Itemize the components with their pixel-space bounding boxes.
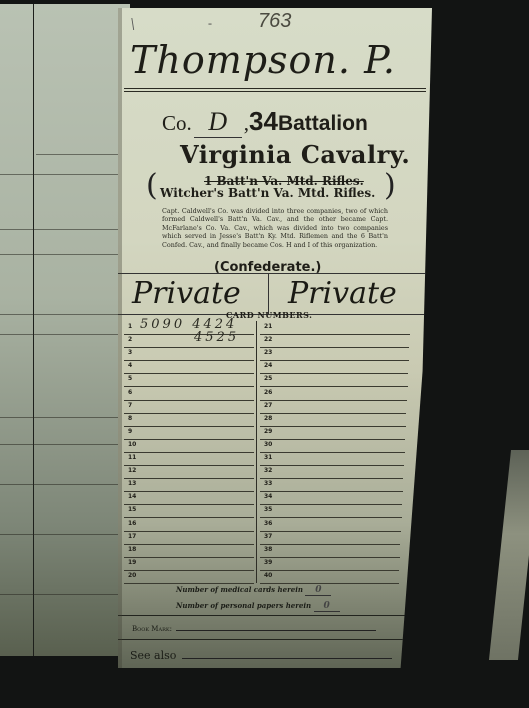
table-row: 10 [124,439,254,453]
row-number: 17 [128,533,136,540]
row-number: 22 [264,336,272,343]
row-number: 34 [264,493,272,500]
row-number: 21 [264,323,272,330]
book-mark-blank [176,630,376,631]
table-row: 39 [260,557,399,571]
organization-note: Capt. Caldwell's Co. was divided into th… [162,207,388,249]
table-row: 40 [260,570,399,584]
table-row: 5 [124,373,254,387]
row-number: 33 [264,480,272,487]
table-row: 31 [260,452,404,466]
margin-rule [33,4,34,656]
row-number: 23 [264,349,272,356]
book-mark-line: Book Mark: [132,625,376,633]
row-number: 1 [128,323,132,330]
service-record-card: \ - 763 Thompson. P. Co.D,34Battalion Vi… [118,8,432,668]
table-row: 24525 [124,334,254,348]
table-row: 23 [260,347,409,361]
table-row: 21 [260,321,410,335]
table-row: 34 [260,491,402,505]
table-row: 17 [124,531,254,545]
personal-papers-label: Number of personal papers herein [176,601,311,610]
rank-in: Private [132,276,241,311]
background-card-left [0,4,130,656]
column-divider [256,321,257,583]
background-card-right [489,450,529,660]
row-number: 26 [264,389,272,396]
table-row: 33 [260,478,403,492]
table-row: 35 [260,504,402,518]
record-number: 763 [258,10,291,33]
medical-cards-line: Number of medical cards herein 0 [176,585,331,596]
row-number: 30 [264,441,272,448]
rule [0,229,130,230]
row-number: 11 [128,454,136,461]
table-row: 37 [260,531,400,545]
alt-unit-2: Witcher's Batt'n Va. Mtd. Rifles. [160,186,375,200]
row-number: 7 [128,402,132,409]
table-row: 11 [124,452,254,466]
rule [0,417,130,418]
rule [0,314,130,315]
unit-type: Battalion [278,112,368,135]
row-number: 8 [128,415,132,422]
row-number: 15 [128,506,136,513]
rank-out: Private [288,276,397,311]
name-rule [124,88,426,92]
table-row: 27 [260,400,406,414]
row-number: 3 [128,349,132,356]
row-number: 12 [128,467,136,474]
table-row: 24 [260,360,408,374]
row-number: 31 [264,454,272,461]
row-number: 36 [264,520,272,527]
table-row: 32 [260,465,403,479]
table-row: 14 [124,491,254,505]
dash-mark: - [208,16,212,31]
rule [0,534,130,535]
soldier-name: Thompson. P. [130,38,396,82]
rule [0,254,130,255]
table-row: 28 [260,413,406,427]
company-label: Co. [162,111,192,135]
row-number: 35 [264,506,272,513]
table-row: 6 [124,387,254,401]
rank-divider [268,274,269,314]
rule [0,484,130,485]
footer-rule [118,639,412,640]
row-number: 27 [264,402,272,409]
row-number: 24 [264,362,272,369]
table-row: 38 [260,544,400,558]
book-mark-label: Book Mark: [132,625,172,633]
rule [0,334,130,335]
table-row: 8 [124,413,254,427]
corner-mark: \ [130,14,135,35]
personal-papers-line: Number of personal papers herein 0 [176,601,340,612]
close-paren: ) [384,168,396,203]
rule [0,444,130,445]
see-also-blank [182,658,392,659]
row-number: 37 [264,533,272,540]
company-value: D [194,107,242,138]
row-number: 10 [128,441,136,448]
table-row: 25 [260,373,408,387]
table-row: 22 [260,334,409,348]
row-number: 5 [128,375,132,382]
table-row: 15 [124,504,254,518]
table-row: 3 [124,347,254,361]
table-row: 7 [124,400,254,414]
row-number: 39 [264,559,272,566]
see-also-label: See also [130,649,176,662]
row-number: 6 [128,389,132,396]
table-row: 26 [260,387,407,401]
row-number: 19 [128,559,136,566]
table-row: 36 [260,518,401,532]
open-paren: ( [146,168,158,203]
table-row: 4 [124,360,254,374]
table-row: 29 [260,426,405,440]
table-row: 18 [124,544,254,558]
card-edge [118,8,122,668]
footer-rule [118,615,412,616]
rank-row: Private Private [118,273,432,315]
rule [36,154,126,155]
table-row: 9 [124,426,254,440]
company-line: Co.D,34Battalion [162,106,368,138]
table-row: 20 [124,570,254,584]
rule [0,174,130,175]
row-number: 9 [128,428,132,435]
see-also-line: See also [130,649,392,662]
table-row: 12 [124,465,254,479]
row-number: 4 [128,362,132,369]
row-number: 32 [264,467,272,474]
row-number: 28 [264,415,272,422]
row-number: 25 [264,375,272,382]
unit-number: 34 [249,106,278,136]
table-row: 30 [260,439,405,453]
row-number: 18 [128,546,136,553]
card-numbers-title: CARD NUMBERS. [226,310,312,320]
row-number: 2 [128,336,132,343]
card-number-value: 4525 [194,330,239,345]
row-number: 40 [264,572,272,579]
row-number: 14 [128,493,136,500]
row-number: 13 [128,480,136,487]
unit-name: Virginia Cavalry. [180,140,410,169]
personal-papers-value: 0 [314,601,340,612]
row-number: 16 [128,520,136,527]
row-number: 38 [264,546,272,553]
table-row: 16 [124,518,254,532]
medical-cards-value: 0 [305,585,331,596]
row-number: 29 [264,428,272,435]
table-row: 19 [124,557,254,571]
medical-cards-label: Number of medical cards herein [176,585,303,594]
row-number: 20 [128,572,136,579]
table-row: 13 [124,478,254,492]
rule [0,594,130,595]
